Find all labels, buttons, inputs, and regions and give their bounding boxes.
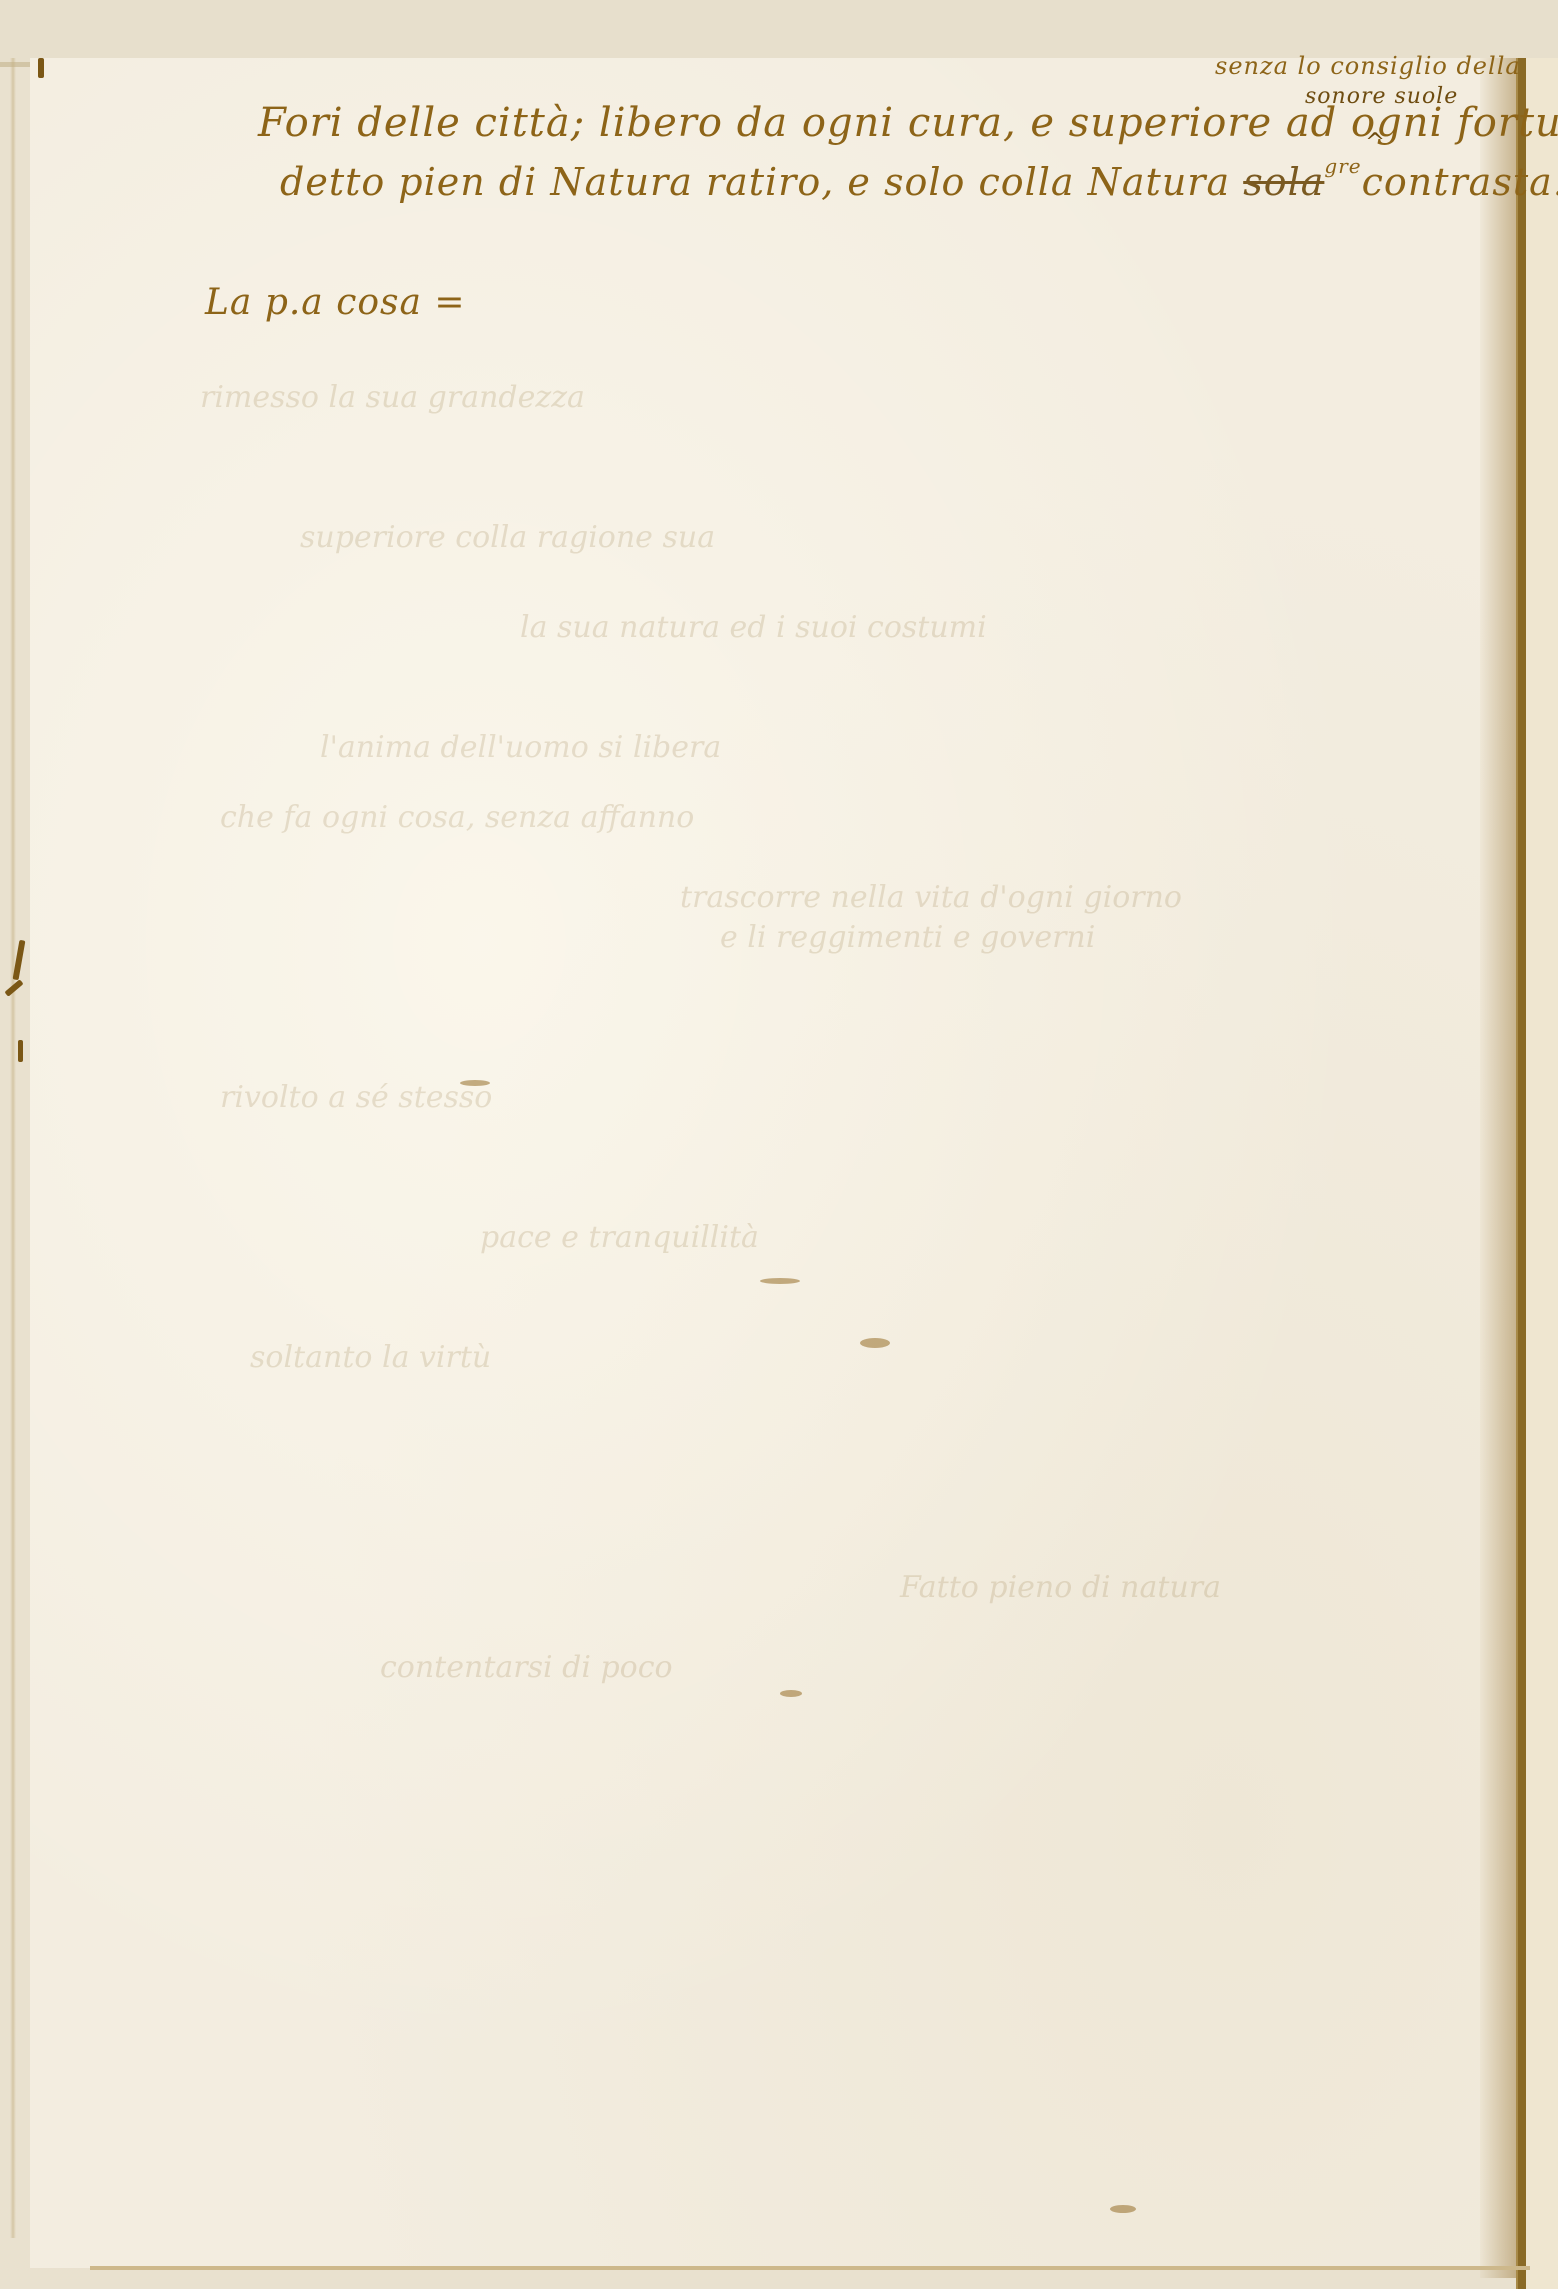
bleed-line: soltanto la virtù bbox=[250, 1340, 491, 1375]
manuscript-line-3: La p.a cosa = bbox=[205, 282, 466, 323]
bleed-line: rivolto a sé stesso bbox=[220, 1080, 492, 1115]
margin-note-line-1: senza lo consiglio della bbox=[1215, 52, 1521, 80]
manuscript-line-2: detto pien di Natura ratiro, e solo coll… bbox=[280, 160, 1558, 204]
ink-mark-top-left bbox=[38, 58, 44, 78]
bleed-line: contentarsi di poco bbox=[380, 1650, 673, 1685]
ink-blot bbox=[1110, 2205, 1136, 2213]
adjacent-page-strip bbox=[1526, 58, 1558, 2289]
bleed-line: la sua natura ed i suoi costumi bbox=[520, 610, 987, 645]
ink-blot bbox=[760, 1278, 800, 1284]
margin-note-line-2: sonore suole bbox=[1305, 84, 1458, 109]
bleed-line: superiore colla ragione sua bbox=[300, 520, 715, 555]
bleed-line: Fatto pieno di natura bbox=[900, 1570, 1221, 1605]
line-2-suffix: contrasta. bbox=[1362, 160, 1558, 204]
inserted-word: gre bbox=[1324, 154, 1361, 178]
bleed-line: che fa ogni cosa, senza affanno bbox=[220, 800, 694, 835]
binding-shadow bbox=[1480, 58, 1516, 2278]
line-2-prefix: detto pien di Natura ratiro, e solo coll… bbox=[280, 160, 1243, 204]
page-left-edge bbox=[10, 58, 16, 2238]
bleed-line: rimesso la sua grandezza bbox=[200, 380, 585, 415]
bleed-line: trascorre nella vita d'ogni giorno bbox=[680, 880, 1182, 915]
ink-blot bbox=[460, 1080, 490, 1086]
page-bottom-edge bbox=[90, 2266, 1530, 2270]
ink-mark-left-3 bbox=[18, 1040, 23, 1062]
insertion-caret-icon: ^ bbox=[1365, 128, 1386, 156]
ink-blot bbox=[860, 1338, 890, 1348]
struck-word: sola bbox=[1243, 160, 1324, 204]
bleed-line: l'anima dell'uomo si libera bbox=[320, 730, 721, 765]
bleed-line: e li reggimenti e governi bbox=[720, 920, 1095, 955]
bleed-line: pace e tranquillità bbox=[480, 1220, 759, 1255]
ink-blot bbox=[780, 1690, 802, 1697]
